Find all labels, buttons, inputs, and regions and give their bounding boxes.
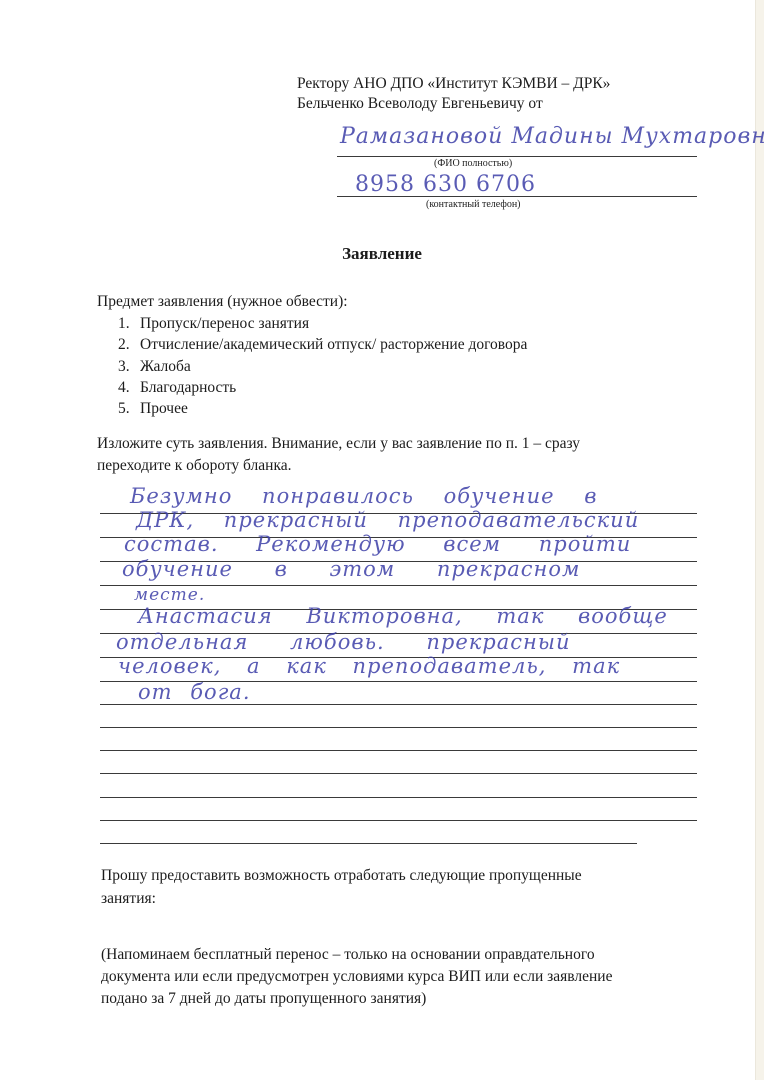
phone-handwritten: 8958 630 6706 xyxy=(355,172,536,197)
document-title: Заявление xyxy=(0,244,764,264)
writing-line xyxy=(100,843,637,844)
handwritten-line: обучение в этом прекрасном xyxy=(122,557,580,581)
handwritten-line: Анастасия Викторовна, так вообще xyxy=(138,604,668,628)
writing-line xyxy=(100,773,697,774)
subject-item: 3.Жалоба xyxy=(118,356,527,377)
note-line-2: документа или если предусмотрен условиям… xyxy=(101,967,612,987)
writing-line xyxy=(100,704,697,705)
handwritten-line: состав. Рекомендую всем пройти xyxy=(124,532,631,556)
subject-prompt: Предмет заявления (нужное обвести): xyxy=(97,292,348,312)
handwritten-line: отдельная любовь. прекрасный xyxy=(116,630,570,654)
writing-line xyxy=(100,750,697,751)
essence-prompt-line-1: Изложите суть заявления. Внимание, если … xyxy=(97,434,580,454)
subject-list: 1.Пропуск/перенос занятия 2.Отчисление/а… xyxy=(118,313,527,419)
makeup-prompt-line-2: занятия: xyxy=(101,889,156,909)
subject-item: 1.Пропуск/перенос занятия xyxy=(118,313,527,334)
note-line-1: (Напоминаем бесплатный перенос – только … xyxy=(101,945,595,965)
fio-line xyxy=(337,156,697,157)
writing-line xyxy=(100,820,697,821)
handwritten-line: от бога. xyxy=(138,680,251,704)
handwritten-line: человек, а как преподаватель, так xyxy=(118,654,620,678)
writing-line xyxy=(100,727,697,728)
handwritten-line: Безумно понравилось обучение в xyxy=(130,484,597,508)
scan-edge-strip xyxy=(755,0,764,1080)
essence-prompt-line-2: переходите к обороту бланка. xyxy=(97,456,292,476)
handwritten-line: ДРК, прекрасный преподавательский xyxy=(136,508,639,532)
fio-caption: (ФИО полностью) xyxy=(434,158,512,169)
subject-item: 2.Отчисление/академический отпуск/ расто… xyxy=(118,334,527,355)
phone-caption: (контактный телефон) xyxy=(426,199,521,210)
addressee-line-1: Ректору АНО ДПО «Институт КЭМВИ – ДРК» xyxy=(297,74,610,94)
addressee-line-2: Бельченко Всеволоду Евгеньевичу от xyxy=(297,94,543,114)
makeup-prompt-line-1: Прошу предоставить возможность отработат… xyxy=(101,866,582,886)
fio-handwritten: Рамазановой Мадины Мухтаровны xyxy=(340,124,764,149)
note-line-3: подано за 7 дней до даты пропущенного за… xyxy=(101,989,426,1009)
handwritten-line: месте. xyxy=(134,585,205,605)
phone-line xyxy=(337,196,697,197)
subject-item: 5.Прочее xyxy=(118,398,527,419)
subject-item: 4.Благодарность xyxy=(118,377,527,398)
writing-line xyxy=(100,797,697,798)
